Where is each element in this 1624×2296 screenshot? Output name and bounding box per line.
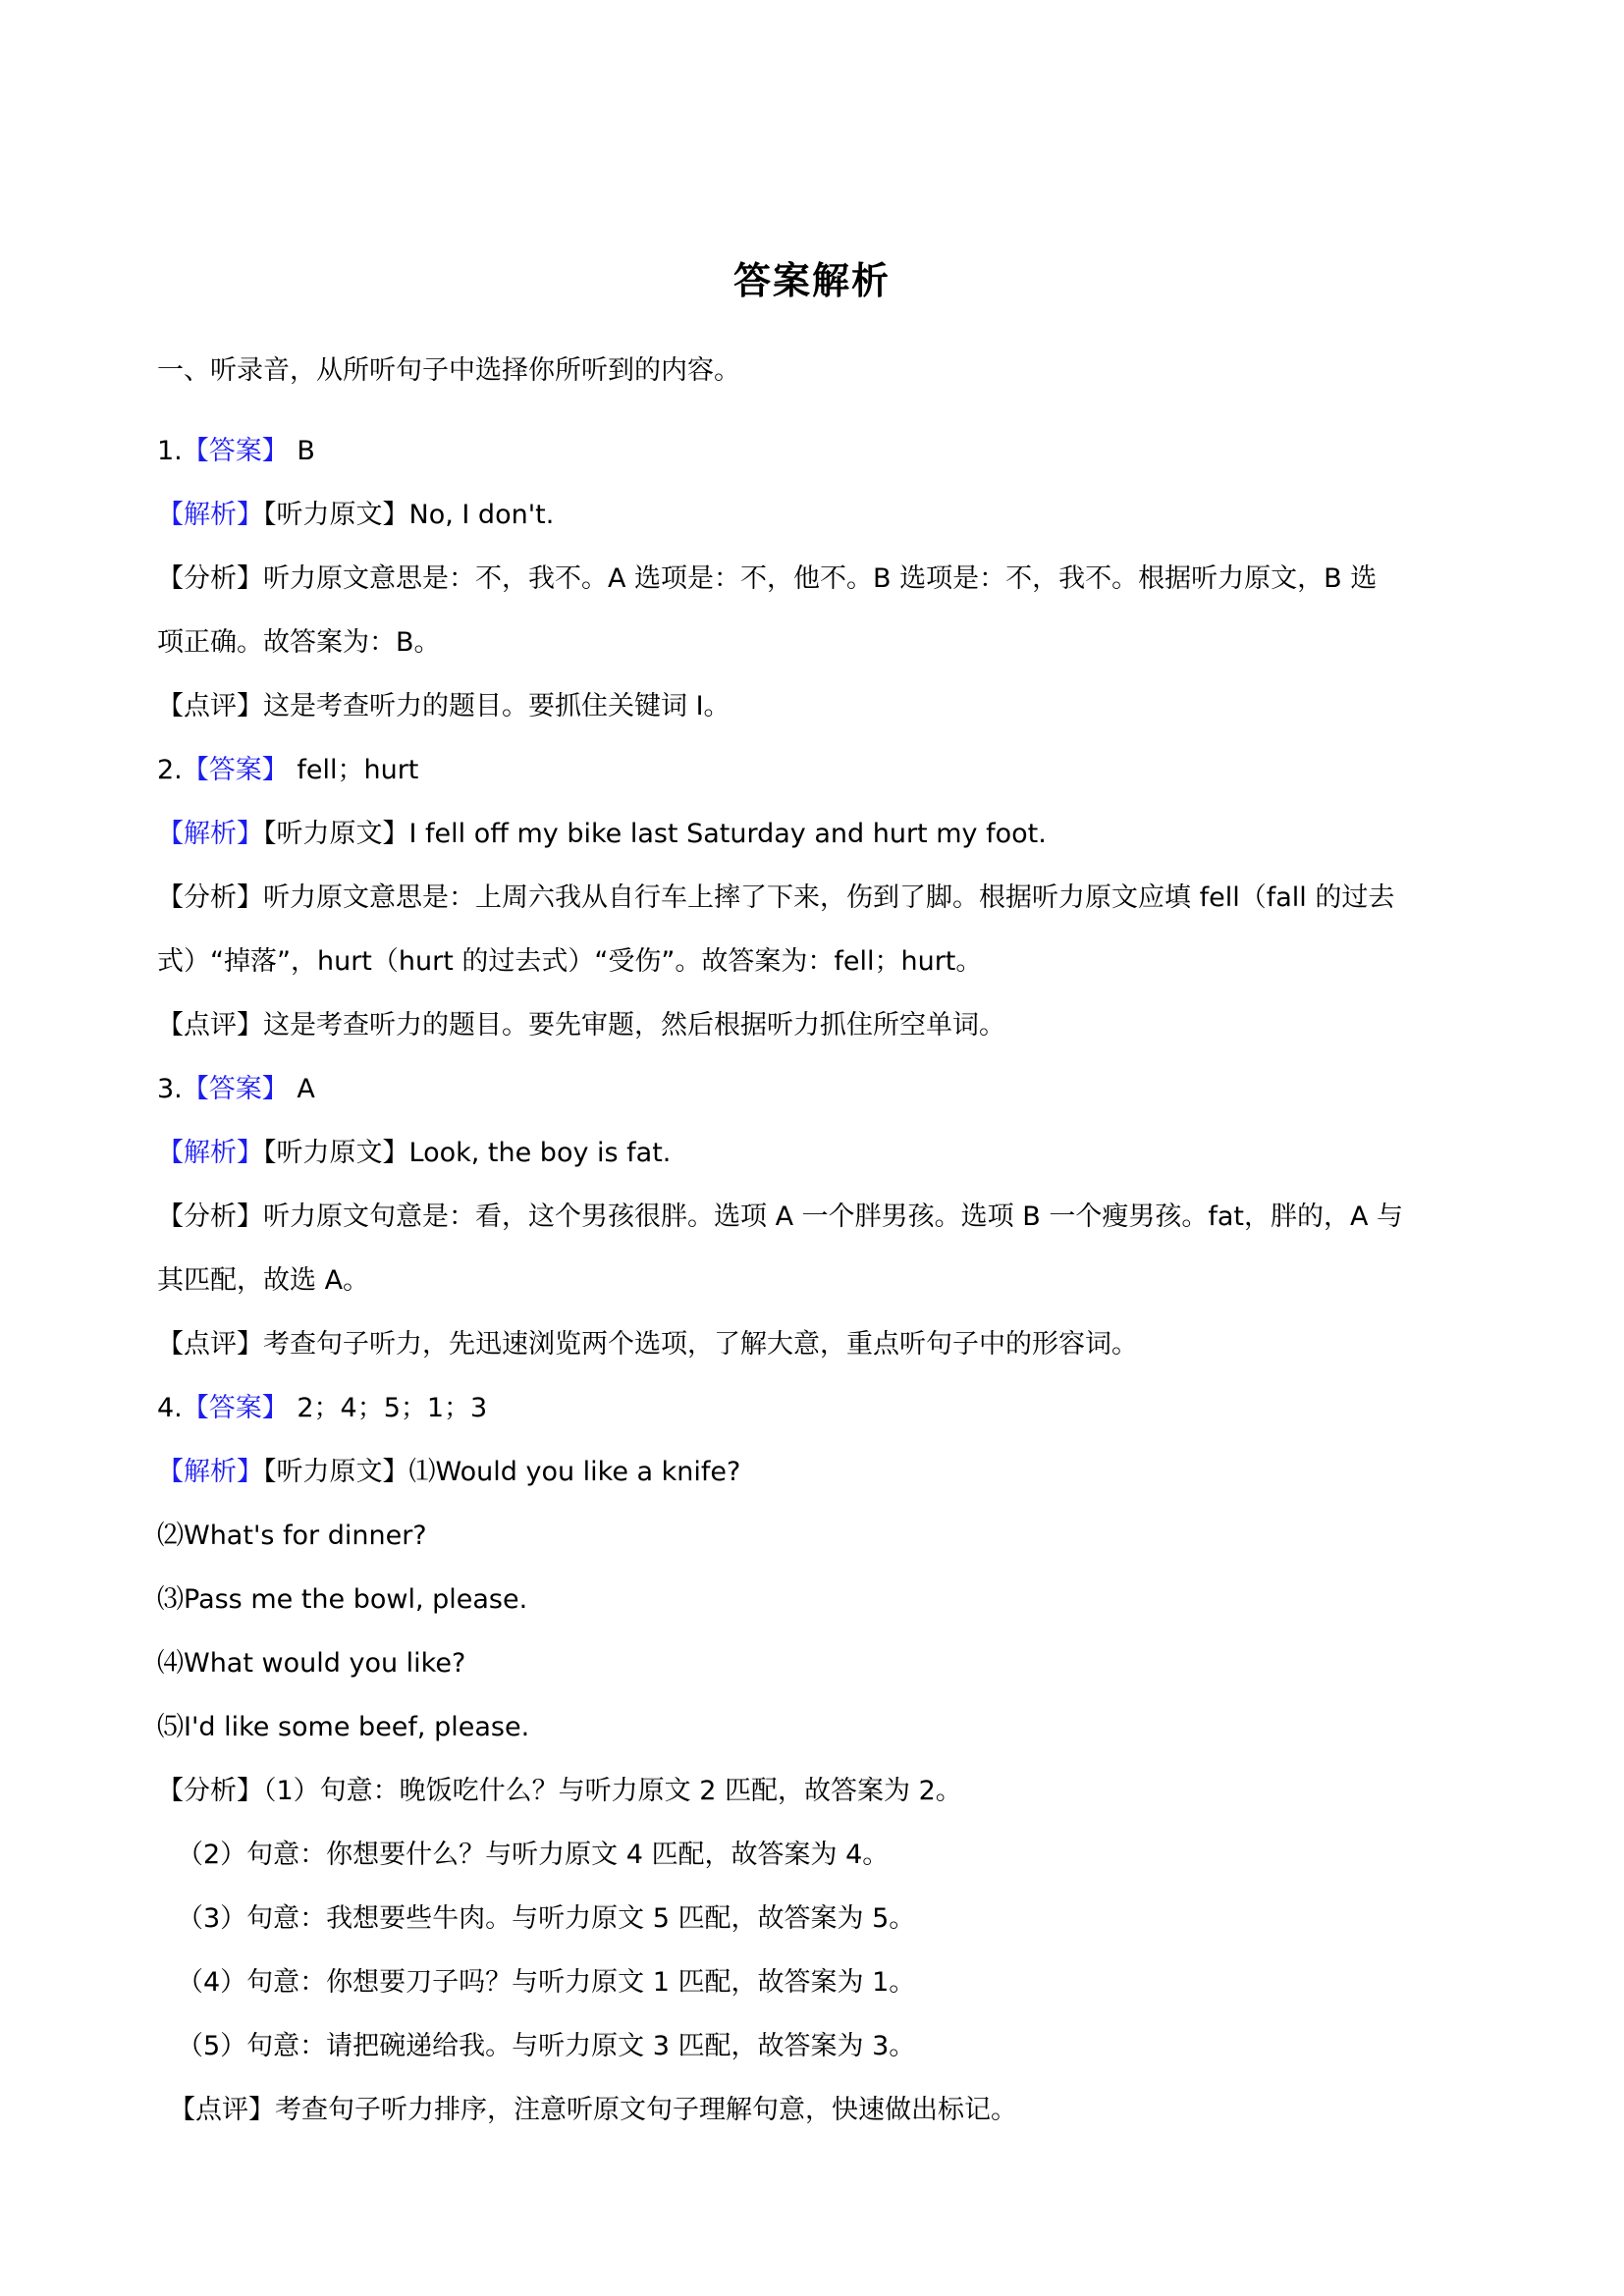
q1-analysis-text: 听力原文意思是：不，我不。A 选项是：不，他不。B 选项是：不，我不。根据听力原… — [263, 563, 1377, 594]
q2-analysis-text: 听力原文意思是：上周六我从自行车上摔了下来，伤到了脚。根据听力原文应填 fell… — [263, 882, 1394, 913]
q3-answer: A — [289, 1074, 315, 1104]
comment-label: 【点评】 — [157, 1329, 263, 1360]
q4-transcript-4: ⑷What would you like? — [157, 1644, 1473, 1683]
answer-label: 【答案】 — [183, 436, 289, 466]
q1-answer: B — [289, 436, 315, 466]
q4-analysis-line-2: （2）句意：你想要什么？与听力原文 4 匹配，故答案为 4。 — [177, 1836, 1492, 1875]
q1-explanation-line: 【解析】【听力原文】No, I don't. — [157, 496, 1473, 535]
explanation-label: 【解析】 — [157, 1457, 263, 1487]
q2-comment: 这是考查听力的题目。要先审题，然后根据听力抓住所空单词。 — [263, 1010, 1005, 1041]
q4-answer: 2；4；5；1；3 — [289, 1393, 487, 1423]
q4-analysis-line-5: （5）句意：请把碗递给我。与听力原文 3 匹配，故答案为 3。 — [177, 2027, 1492, 2066]
q2-answer-line: 2.【答案】 fell；hurt — [157, 751, 1473, 790]
page-title: 答案解析 — [0, 250, 1624, 304]
q1-transcript: No, I don't. — [409, 500, 555, 530]
q1-number: 1. — [157, 436, 183, 466]
answer-key-page: 答案解析 一、听录音，从所听句子中选择你所听到的内容。 1.【答案】 B 【解析… — [0, 0, 1624, 2296]
comment-label: 【点评】 — [157, 1010, 263, 1041]
analysis-label: 【分析】 — [157, 563, 263, 594]
q1-answer-line: 1.【答案】 B — [157, 432, 1473, 471]
q2-transcript: I fell off my bike last Saturday and hur… — [409, 819, 1047, 849]
transcript-label: 【听力原文】 — [263, 1138, 409, 1168]
q4-comment-line: 【点评】考查句子听力排序，注意听原文句子理解句意，快速做出标记。 — [169, 2091, 1485, 2130]
q4-transcript-3: ⑶Pass me the bowl, please. — [157, 1580, 1473, 1620]
q2-explanation-line: 【解析】【听力原文】I fell off my bike last Saturd… — [157, 815, 1473, 854]
q3-answer-line: 3.【答案】 A — [157, 1070, 1473, 1109]
q4-analysis-text: （1）句意：晚饭吃什么？与听力原文 2 匹配，故答案为 2。 — [263, 1776, 962, 1806]
section-heading: 一、听录音，从所听句子中选择你所听到的内容。 — [157, 351, 1473, 391]
comment-label: 【点评】 — [169, 2095, 275, 2125]
q3-analysis-line-1: 【分析】听力原文句意是：看，这个男孩很胖。选项 A 一个胖男孩。选项 B 一个瘦… — [157, 1198, 1473, 1237]
q4-explanation-line: 【解析】【听力原文】⑴Would you like a knife? — [157, 1453, 1473, 1492]
analysis-label: 【分析】 — [157, 882, 263, 913]
q4-number: 4. — [157, 1393, 183, 1423]
q2-number: 2. — [157, 755, 183, 785]
q4-comment: 考查句子听力排序，注意听原文句子理解句意，快速做出标记。 — [275, 2095, 1017, 2125]
q4-transcript-2: ⑵What's for dinner? — [157, 1517, 1473, 1556]
q3-comment-line: 【点评】考查句子听力，先迅速浏览两个选项，了解大意，重点听句子中的形容词。 — [157, 1325, 1473, 1364]
q3-analysis-text: 听力原文句意是：看，这个男孩很胖。选项 A 一个胖男孩。选项 B 一个瘦男孩。f… — [263, 1201, 1403, 1232]
answer-label: 【答案】 — [183, 1074, 289, 1104]
q1-analysis-line-1: 【分析】听力原文意思是：不，我不。A 选项是：不，他不。B 选项是：不，我不。根… — [157, 560, 1473, 599]
q1-comment: 这是考查听力的题目。要抓住关键词 I。 — [263, 691, 731, 721]
q3-analysis-line-2: 其匹配，故选 A。 — [157, 1261, 1473, 1301]
transcript-label: 【听力原文】 — [263, 1457, 409, 1487]
transcript-label: 【听力原文】 — [263, 500, 409, 530]
q3-explanation-line: 【解析】【听力原文】Look, the boy is fat. — [157, 1134, 1473, 1173]
q3-transcript: Look, the boy is fat. — [409, 1138, 672, 1168]
q3-number: 3. — [157, 1074, 183, 1104]
q4-analysis-line-3: （3）句意：我想要些牛肉。与听力原文 5 匹配，故答案为 5。 — [177, 1899, 1492, 1939]
analysis-label: 【分析】 — [157, 1776, 263, 1806]
analysis-label: 【分析】 — [157, 1201, 263, 1232]
q1-analysis-line-2: 项正确。故答案为：B。 — [157, 623, 1473, 663]
q4-analysis-line-4: （4）句意：你想要刀子吗？与听力原文 1 匹配，故答案为 1。 — [177, 1963, 1492, 2002]
q2-analysis-line-2: 式）“掉落”，hurt（hurt 的过去式）“受伤”。故答案为：fell；hur… — [157, 942, 1473, 982]
q3-comment: 考查句子听力，先迅速浏览两个选项，了解大意，重点听句子中的形容词。 — [263, 1329, 1138, 1360]
answer-label: 【答案】 — [183, 1393, 289, 1423]
q4-analysis-line-1: 【分析】（1）句意：晚饭吃什么？与听力原文 2 匹配，故答案为 2。 — [157, 1772, 1473, 1811]
transcript-label: 【听力原文】 — [263, 819, 409, 849]
explanation-label: 【解析】 — [157, 500, 263, 530]
q4-transcript-5: ⑸I'd like some beef, please. — [157, 1708, 1473, 1747]
q4-answer-line: 4.【答案】 2；4；5；1；3 — [157, 1389, 1473, 1428]
explanation-label: 【解析】 — [157, 819, 263, 849]
q1-comment-line: 【点评】这是考查听力的题目。要抓住关键词 I。 — [157, 687, 1473, 726]
q2-analysis-line-1: 【分析】听力原文意思是：上周六我从自行车上摔了下来，伤到了脚。根据听力原文应填 … — [157, 879, 1473, 918]
q4-transcript-1: ⑴Would you like a knife? — [409, 1457, 741, 1487]
comment-label: 【点评】 — [157, 691, 263, 721]
q2-comment-line: 【点评】这是考查听力的题目。要先审题，然后根据听力抓住所空单词。 — [157, 1006, 1473, 1045]
explanation-label: 【解析】 — [157, 1138, 263, 1168]
q2-answer: fell；hurt — [289, 755, 419, 785]
answer-label: 【答案】 — [183, 755, 289, 785]
